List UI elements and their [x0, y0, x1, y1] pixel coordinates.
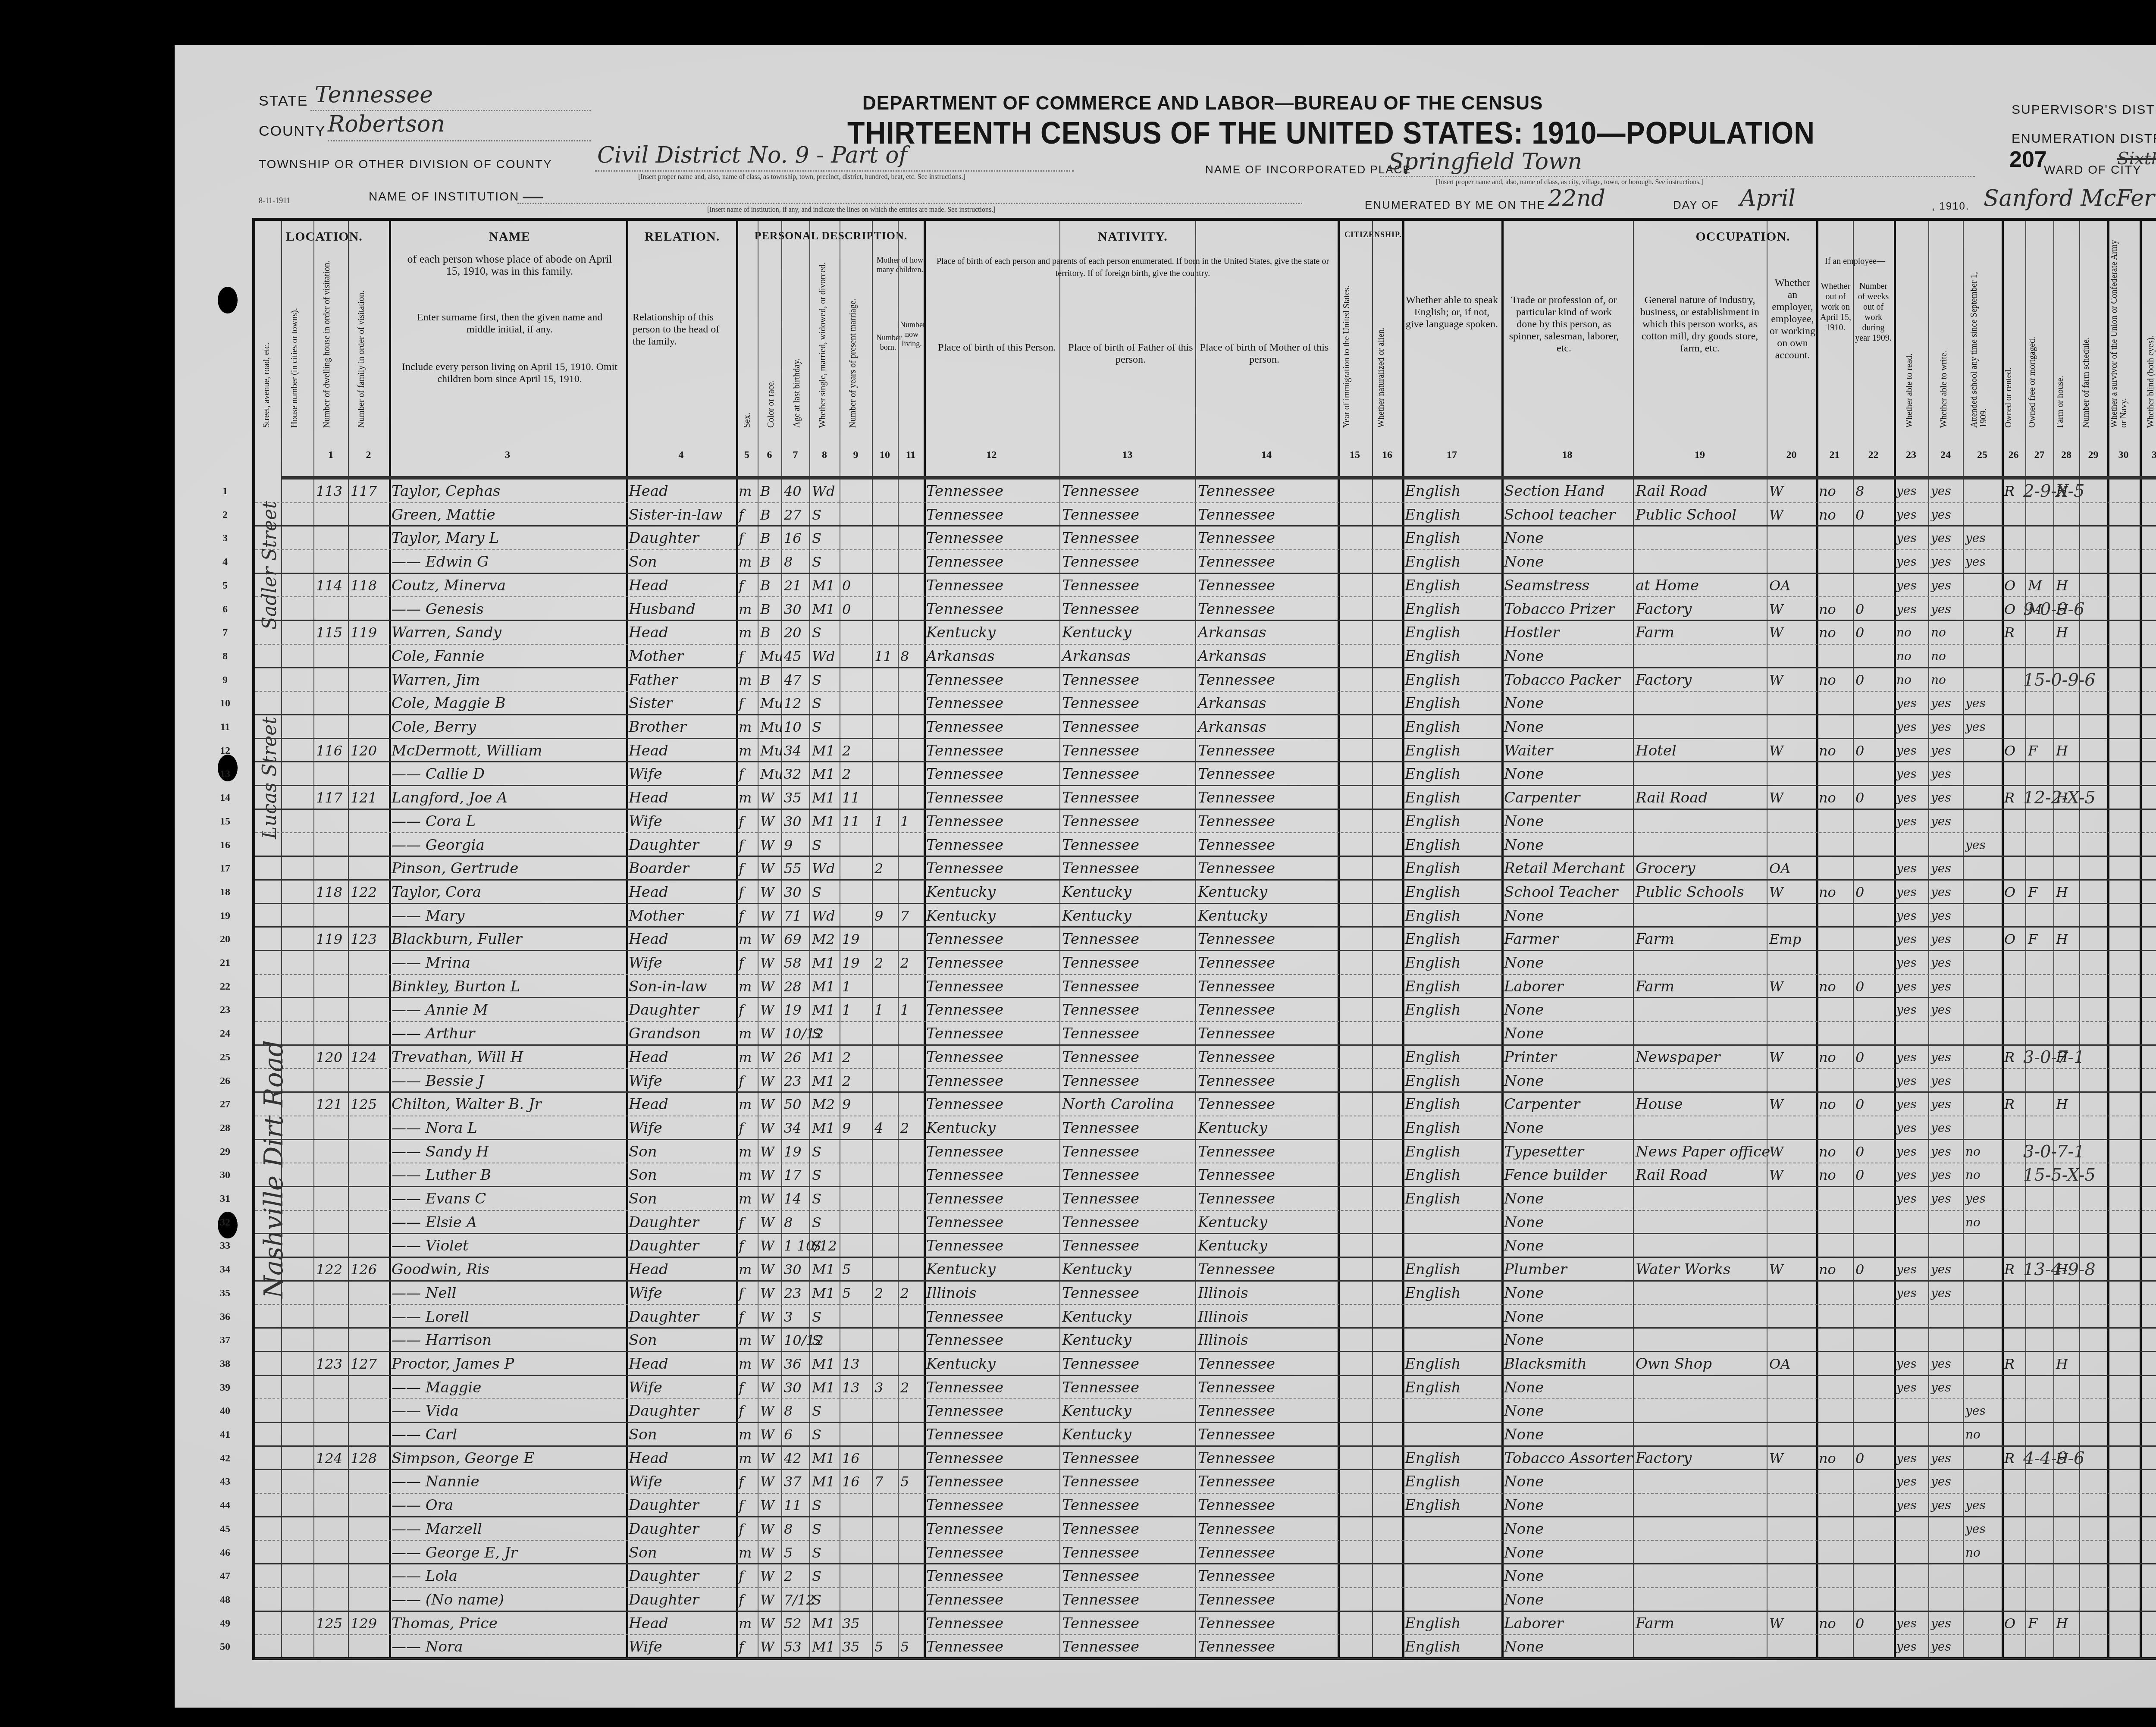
table-row: —— CarlSonmW6STennesseeKentuckyTennessee…	[255, 1423, 2156, 1447]
cell-name: Binkley, Burton L	[392, 975, 520, 997]
row-number-left: 23	[216, 1004, 234, 1016]
cell-mar: S	[812, 550, 821, 573]
cell-own: R	[2004, 1447, 2015, 1469]
header-name-instr: Enter surname first, then the given name…	[402, 311, 617, 335]
cell-bm: Tennessee	[1198, 1564, 1275, 1587]
cell-name: —— Nell	[392, 1282, 456, 1304]
cell-rel: Son	[629, 1541, 657, 1564]
table-row: —— Nora LWifefW34M1942KentuckyTennesseeK…	[255, 1116, 2156, 1140]
cell-color: W	[760, 1022, 774, 1044]
table-row: 119123Blackburn, FullerHeadmW69M219Tenne…	[255, 928, 2156, 951]
cell-sex: m	[739, 1329, 752, 1351]
table-row: —— MaryMotherfW71Wd97KentuckyKentuckyKen…	[255, 904, 2156, 928]
cell-sex: m	[739, 1140, 752, 1163]
cell-color: W	[760, 1234, 774, 1257]
cell-write: yes	[1931, 857, 1951, 879]
cell-read: yes	[1896, 1187, 1917, 1210]
cell-color: Mu	[760, 692, 783, 714]
cell-eng: English	[1405, 1470, 1461, 1493]
cell-sex: f	[739, 1399, 744, 1422]
cell-wks: 0	[1855, 598, 1864, 620]
cell-trade: Printer	[1504, 1046, 1557, 1069]
cell-trade: None	[1504, 1069, 1544, 1092]
cell-bf: Tennessee	[1062, 834, 1139, 856]
header-family: Number of family in order of visitation.	[357, 255, 382, 428]
cell-write: yes	[1931, 1282, 1951, 1304]
cell-yrs: 13	[842, 1352, 860, 1375]
cell-out: no	[1819, 480, 1836, 502]
cell-name: Green, Mattie	[392, 503, 495, 526]
row-number-left: 4	[216, 556, 234, 568]
cell-mar: M1	[812, 1282, 835, 1304]
cell-bp: Kentucky	[926, 1116, 996, 1139]
cell-trade: None	[1504, 1376, 1544, 1399]
cell-mar: S	[812, 1211, 821, 1233]
cell-yrs: 11	[842, 810, 860, 833]
cell-bf: Arkansas	[1062, 645, 1131, 667]
header-free-mortgaged: Owned free or mortgaged.	[2028, 260, 2045, 428]
cell-bp: Kentucky	[926, 1352, 996, 1375]
cell-read: yes	[1896, 739, 1917, 762]
cell-sch: yes	[1965, 1517, 1986, 1540]
cell-eng: English	[1405, 1635, 1461, 1658]
cell-bf: Tennessee	[1062, 1376, 1139, 1399]
cell-mar: M1	[812, 762, 835, 785]
cell-sex: f	[739, 1588, 744, 1611]
cell-color: W	[760, 1116, 774, 1139]
cell-rel: Head	[629, 480, 668, 502]
cell-bm: Tennessee	[1198, 1187, 1275, 1210]
table-row: Cole, FannieMotherfMu45Wd118ArkansasArka…	[255, 645, 2156, 668]
cell-mar: M1	[812, 739, 835, 762]
cell-name: Trevathan, Will H	[392, 1046, 523, 1069]
cell-yrs: 19	[842, 951, 860, 974]
cell-living: 5	[900, 1635, 909, 1658]
cell-emp: OA	[1769, 1352, 1790, 1375]
cell-name: —— Sandy H	[392, 1140, 489, 1163]
cell-bm: Tennessee	[1198, 668, 1275, 691]
cell-name: —— Lorell	[392, 1305, 469, 1328]
census-title: THIRTEENTH CENSUS OF THE UNITED STATES: …	[847, 116, 1815, 151]
cell-bp: Tennessee	[926, 1635, 1003, 1658]
county-value: Robertson	[328, 111, 445, 137]
cell-bp: Tennessee	[926, 810, 1003, 833]
cell-bf: Kentucky	[1062, 1305, 1131, 1328]
cell-sex: m	[739, 1423, 752, 1445]
cell-write: yes	[1931, 1635, 1951, 1658]
table-row: —— Cora LWifefW30M11111TennesseeTennesse…	[255, 810, 2156, 834]
cell-out: no	[1819, 975, 1836, 997]
cell-read: yes	[1896, 975, 1917, 997]
cell-age: 17	[784, 1163, 802, 1186]
cell-bf: Tennessee	[1062, 810, 1139, 833]
cell-trade: Hostler	[1504, 621, 1559, 644]
cell-eng: English	[1405, 715, 1461, 738]
column-number: 27	[2025, 449, 2053, 461]
cell-mar: S	[812, 1517, 821, 1540]
enumerator-name: Sanford McFerrin	[1984, 185, 2156, 211]
cell-age: 53	[784, 1635, 802, 1658]
table-row: Taylor, Mary LDaughterfB16STennesseeTenn…	[255, 527, 2156, 550]
cell-read: yes	[1896, 1046, 1917, 1069]
cell-name: —— Ora	[392, 1494, 453, 1516]
cell-name: Coutz, Minerva	[392, 574, 506, 597]
cell-yrs: 11	[842, 786, 860, 809]
cell-sch: no	[1965, 1541, 1981, 1564]
cell-age: 40	[784, 480, 802, 502]
cell-mar: S	[812, 527, 821, 549]
cell-color: W	[760, 1352, 774, 1375]
cell-read: yes	[1896, 904, 1917, 927]
cell-dw: 117	[316, 786, 342, 809]
cell-color: W	[760, 834, 774, 856]
cell-code: 3-0-7-1	[2023, 1046, 2084, 1069]
table-row: —— NannieWifefW37M11675TennesseeTennesse…	[255, 1470, 2156, 1494]
cell-wks: 0	[1855, 975, 1864, 997]
cell-rel: Mother	[629, 904, 683, 927]
enumerated-day: 22nd	[1548, 185, 1605, 211]
row-number-left: 49	[216, 1618, 234, 1630]
cell-age: 58	[784, 951, 802, 974]
column-number: 2	[348, 449, 389, 461]
cell-trade: Laborer	[1504, 975, 1564, 997]
cell-sex: f	[739, 692, 744, 714]
table-row: 123127Proctor, James PHeadmW36M113Kentuc…	[255, 1352, 2156, 1376]
cell-eng: English	[1405, 621, 1461, 644]
cell-bf: North Carolina	[1062, 1093, 1174, 1116]
column-number: 19	[1633, 449, 1767, 461]
cell-eng: English	[1405, 975, 1461, 997]
cell-name: —— Cora L	[392, 810, 476, 833]
cell-eng: English	[1405, 1352, 1461, 1375]
row-number-left: 16	[216, 840, 234, 851]
enumeration-label: Enumeration District No.	[2012, 132, 2156, 146]
cell-own: O	[2004, 598, 2015, 620]
cell-bf: Tennessee	[1062, 975, 1139, 997]
cell-mar: S	[812, 1187, 821, 1210]
cell-bf: Tennessee	[1062, 1517, 1139, 1540]
cell-eng: English	[1405, 951, 1461, 974]
cell-emp: W	[1769, 1046, 1783, 1069]
cell-sex: m	[739, 550, 752, 573]
cell-trade: None	[1504, 715, 1544, 738]
cell-eng: English	[1405, 1116, 1461, 1139]
cell-sch: no	[1965, 1140, 1981, 1163]
cell-dw: 125	[316, 1612, 342, 1635]
cell-age: 19	[784, 1140, 802, 1163]
cell-mar: S	[812, 1588, 821, 1611]
cell-bp: Tennessee	[926, 574, 1003, 597]
cell-bm: Tennessee	[1198, 503, 1275, 526]
cell-name: —— Luther B	[392, 1163, 491, 1186]
cell-emp: W	[1769, 598, 1783, 620]
cell-bm: Arkansas	[1198, 715, 1266, 738]
cell-mar: S	[812, 715, 821, 738]
cell-bm: Kentucky	[1198, 881, 1267, 903]
cell-ind: Farm	[1636, 621, 1674, 644]
street-note-1: Sadler Street	[259, 501, 281, 630]
cell-rel: Wife	[629, 951, 662, 974]
cell-trade: None	[1504, 1234, 1544, 1257]
cell-emp: W	[1769, 668, 1783, 691]
cell-age: 5	[784, 1541, 793, 1564]
cell-age: 32	[784, 762, 802, 785]
cell-trade: Seamstress	[1504, 574, 1589, 597]
cell-bp: Tennessee	[926, 1612, 1003, 1635]
cell-own: O	[2004, 739, 2015, 762]
cell-name: Blackburn, Fuller	[392, 928, 522, 950]
row-number-left: 12	[216, 745, 234, 757]
cell-trade: None	[1504, 1329, 1544, 1351]
cell-sex: m	[739, 715, 752, 738]
cell-age: 34	[784, 1116, 802, 1139]
cell-write: yes	[1931, 503, 1951, 526]
cell-rel: Daughter	[629, 1564, 699, 1587]
cell-emp: W	[1769, 621, 1783, 644]
group-personal: PERSONAL DESCRIPTION.	[738, 229, 924, 242]
cell-mar: S	[812, 1494, 821, 1516]
cell-bf: Tennessee	[1062, 1612, 1139, 1635]
cell-bp: Tennessee	[926, 480, 1003, 502]
row-number-left: 42	[216, 1453, 234, 1464]
cell-ind: Farm	[1636, 1612, 1674, 1635]
county-line	[328, 140, 591, 141]
cell-sex: f	[739, 1564, 744, 1587]
cell-dw: 116	[316, 739, 342, 762]
cell-write: yes	[1931, 480, 1951, 502]
header-birth-person: Place of birth of this Person.	[932, 342, 1062, 354]
enumerated-label: Enumerated by me on the	[1365, 198, 1545, 212]
cell-sex: m	[739, 1541, 752, 1564]
cell-mar: S	[812, 503, 821, 526]
cell-own: R	[2004, 1046, 2015, 1069]
cell-trade: None	[1504, 645, 1544, 667]
cell-trade: None	[1504, 998, 1544, 1021]
cell-rel: Sister-in-law	[629, 503, 723, 526]
cell-out: no	[1819, 786, 1836, 809]
supervisor-label: Supervisor's District No.	[2012, 103, 2156, 117]
cell-rel: Wife	[629, 1635, 662, 1658]
cell-mar: S	[812, 1423, 821, 1445]
cell-bm: Tennessee	[1198, 1046, 1275, 1069]
cell-write: yes	[1931, 574, 1951, 597]
header-veteran: Whether a survivor of the Union or Confe…	[2109, 238, 2135, 428]
cell-bf: Tennessee	[1062, 1163, 1139, 1186]
table-row: —— MarzellDaughterfW8STennesseeTennessee…	[255, 1517, 2156, 1541]
cell-free: F	[2028, 881, 2037, 903]
cell-rel: Head	[629, 739, 668, 762]
cell-name: —— (No name)	[392, 1588, 504, 1611]
cell-rel: Wife	[629, 762, 662, 785]
cell-age: 35	[784, 786, 802, 809]
cell-code: 15-0-9-6	[2023, 668, 2096, 691]
cell-rel: Daughter	[629, 834, 699, 856]
incorporated-label: Name of incorporated place	[1205, 163, 1411, 176]
cell-bm: Tennessee	[1198, 1447, 1275, 1469]
cell-wks: 0	[1855, 739, 1864, 762]
form-code: 8-11-1911	[259, 196, 291, 205]
cell-fam: 117	[351, 480, 377, 502]
cell-name: Cole, Berry	[392, 715, 476, 738]
cell-living: 5	[900, 1470, 909, 1493]
cell-age: 14	[784, 1187, 802, 1210]
table-row: Cole, Maggie BSisterfMu12STennesseeTenne…	[255, 692, 2156, 715]
cell-rel: Son	[629, 550, 657, 573]
cell-born: 11	[874, 645, 892, 667]
cell-rel: Husband	[629, 598, 696, 620]
cell-read: yes	[1896, 1352, 1917, 1375]
cell-rel: Head	[629, 1046, 668, 1069]
cell-trade: None	[1504, 810, 1544, 833]
cell-yrs: 9	[842, 1116, 851, 1139]
cell-trade: Waiter	[1504, 739, 1553, 762]
cell-bp: Tennessee	[926, 1187, 1003, 1210]
cell-fam: 121	[351, 786, 377, 809]
table-row: —— GeorgiaDaughterfW9STennesseeTennessee…	[255, 834, 2156, 857]
column-number: 8	[809, 449, 840, 461]
row-number-left: 34	[216, 1264, 234, 1276]
cell-bp: Tennessee	[926, 1211, 1003, 1233]
header-dwelling: Number of dwelling house in order of vis…	[322, 255, 348, 428]
cell-rel: Daughter	[629, 1494, 699, 1516]
cell-trade: Typesetter	[1504, 1140, 1584, 1163]
column-number: 13	[1059, 449, 1195, 461]
cell-bf: Tennessee	[1062, 1470, 1139, 1493]
cell-trade: None	[1504, 1635, 1544, 1658]
cell-bf: Tennessee	[1062, 762, 1139, 785]
cell-trade: None	[1504, 1305, 1544, 1328]
cell-write: yes	[1931, 1069, 1951, 1092]
cell-born: 7	[874, 1470, 883, 1493]
cell-bm: Arkansas	[1198, 621, 1266, 644]
cell-color: B	[760, 527, 771, 549]
cell-ind: Hotel	[1636, 739, 1677, 762]
cell-sex: f	[739, 810, 744, 833]
cell-bf: Tennessee	[1062, 715, 1139, 738]
year-label: , 1910.	[1932, 201, 1969, 213]
cell-write: yes	[1931, 951, 1951, 974]
cell-sex: m	[739, 1163, 752, 1186]
cell-bf: Tennessee	[1062, 951, 1139, 974]
cell-eng: English	[1405, 1140, 1461, 1163]
cell-write: yes	[1931, 1612, 1951, 1635]
column-number: 20	[1767, 449, 1816, 461]
cell-read: yes	[1896, 1163, 1917, 1186]
table-row: 118122Taylor, CoraHeadfW30SKentuckyKentu…	[255, 881, 2156, 904]
cell-trade: Retail Merchant	[1504, 857, 1625, 879]
cell-write: yes	[1931, 1258, 1951, 1280]
cell-yrs: 35	[842, 1612, 860, 1635]
row-number-left: 2	[216, 509, 234, 521]
row-number-left: 22	[216, 981, 234, 993]
cell-name: Cole, Fannie	[392, 645, 484, 667]
cell-sex: f	[739, 503, 744, 526]
cell-out: no	[1819, 1046, 1836, 1069]
cell-color: W	[760, 1282, 774, 1304]
cell-fh: H	[2056, 1352, 2068, 1375]
cell-born: 4	[874, 1116, 883, 1139]
cell-sex: f	[739, 857, 744, 879]
column-number: 14	[1195, 449, 1338, 461]
cell-bm: Tennessee	[1198, 1163, 1275, 1186]
cell-read: yes	[1896, 786, 1917, 809]
row-number-left: 10	[216, 698, 234, 709]
cell-rel: Daughter	[629, 1234, 699, 1257]
cell-dw: 118	[316, 881, 342, 903]
column-number: 28	[2053, 449, 2079, 461]
cell-trade: Plumber	[1504, 1258, 1567, 1280]
cell-dw: 120	[316, 1046, 342, 1069]
cell-own: R	[2004, 1258, 2015, 1280]
cell-trade: None	[1504, 834, 1544, 856]
cell-name: —— Elsie A	[392, 1211, 477, 1233]
cell-rel: Wife	[629, 1069, 662, 1092]
cell-bf: Tennessee	[1062, 1234, 1139, 1257]
cell-age: 45	[784, 645, 802, 667]
street-note-3: Nashville Dirt Road	[259, 1040, 289, 1298]
cell-fam: 127	[351, 1352, 377, 1375]
cell-rel: Head	[629, 881, 668, 903]
cell-fam: 123	[351, 928, 377, 950]
cell-color: W	[760, 1588, 774, 1611]
row-number-left: 1	[216, 486, 234, 497]
cell-fam: 119	[351, 621, 377, 644]
column-number: 30	[2107, 449, 2140, 461]
cell-mar: Wd	[812, 857, 835, 879]
cell-yrs: 16	[842, 1470, 860, 1493]
cell-emp: W	[1769, 480, 1783, 502]
cell-rel: Head	[629, 621, 668, 644]
cell-color: B	[760, 503, 771, 526]
cell-bf: Tennessee	[1062, 1116, 1139, 1139]
cell-read: yes	[1896, 1140, 1917, 1163]
cell-color: Mu	[760, 762, 783, 785]
cell-bp: Kentucky	[926, 1258, 996, 1280]
cell-mar: S	[812, 834, 821, 856]
cell-wks: 0	[1855, 668, 1864, 691]
cell-sex: f	[739, 1494, 744, 1516]
cell-born: 2	[874, 1282, 883, 1304]
cell-bp: Tennessee	[926, 1423, 1003, 1445]
cell-emp: W	[1769, 1447, 1783, 1469]
cell-bp: Tennessee	[926, 1376, 1003, 1399]
cell-mar: M1	[812, 1352, 835, 1375]
table-row: 115119Warren, SandyHeadmB20SKentuckyKent…	[255, 621, 2156, 645]
cell-eng: English	[1405, 1093, 1461, 1116]
cell-living: 7	[900, 904, 909, 927]
group-occupation: OCCUPATION.	[1506, 229, 1980, 244]
township-line	[595, 170, 1074, 172]
cell-bf: Tennessee	[1062, 786, 1139, 809]
cell-color: W	[760, 1423, 774, 1445]
cell-bm: Tennessee	[1198, 786, 1275, 809]
header-if-employee: If an employee—	[1818, 255, 1892, 267]
table-row: 124128Simpson, George EHeadmW42M116Tenne…	[255, 1447, 2156, 1470]
cell-bf: Kentucky	[1062, 881, 1131, 903]
cell-bp: Tennessee	[926, 1140, 1003, 1163]
cell-bf: Kentucky	[1062, 1423, 1131, 1445]
cell-color: B	[760, 598, 771, 620]
cell-color: W	[760, 1399, 774, 1422]
cell-mar: M2	[812, 928, 835, 950]
cell-sch: yes	[1965, 1494, 1986, 1516]
cell-bm: Tennessee	[1198, 574, 1275, 597]
cell-trade: None	[1504, 1399, 1544, 1422]
cell-age: 9	[784, 834, 793, 856]
cell-color: W	[760, 1447, 774, 1469]
cell-color: W	[760, 904, 774, 927]
cell-color: W	[760, 786, 774, 809]
